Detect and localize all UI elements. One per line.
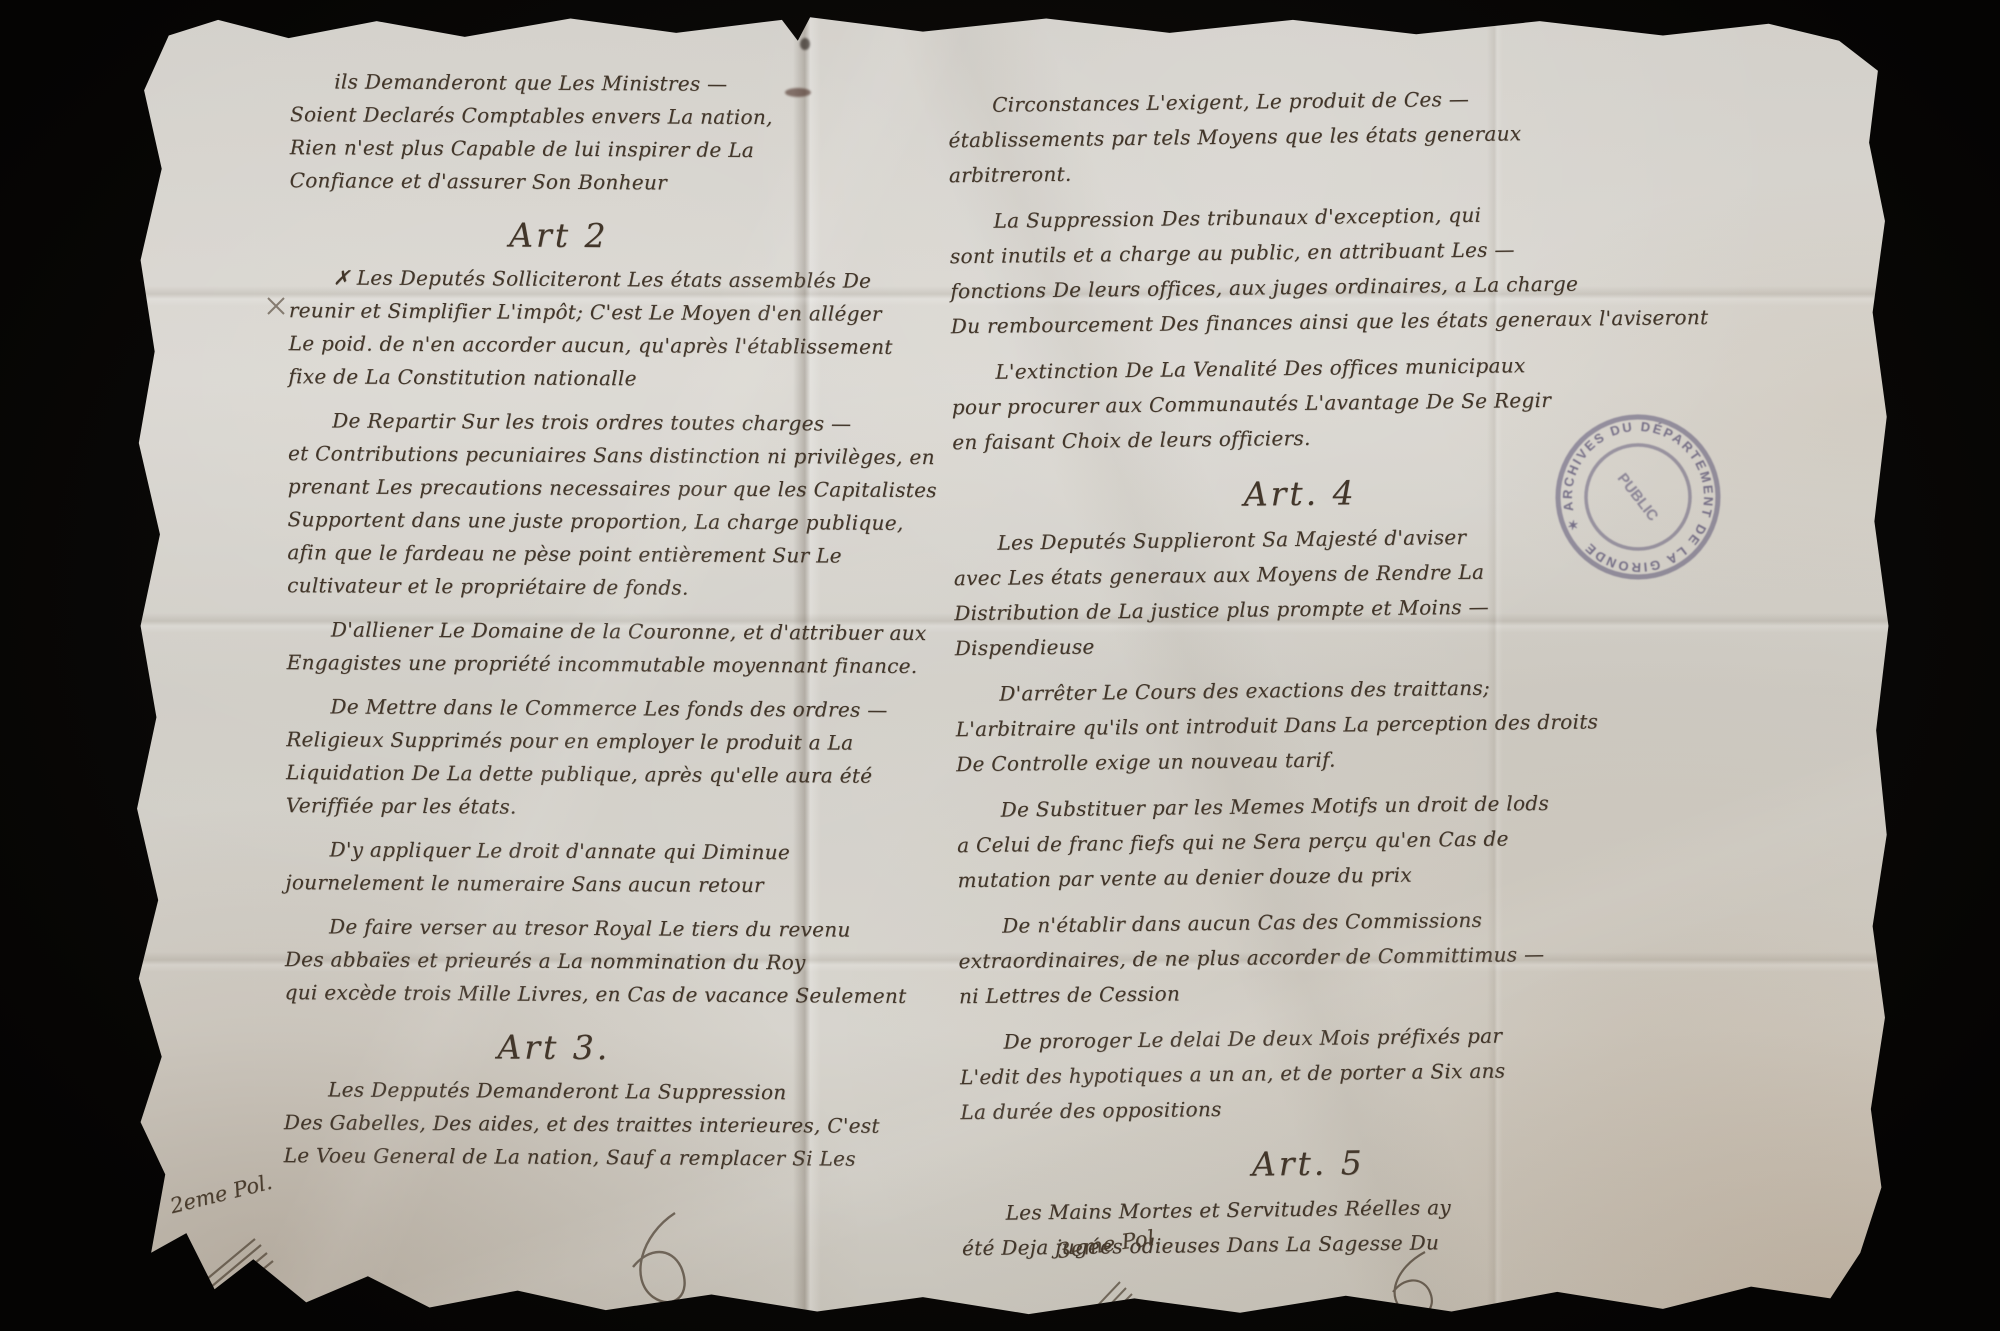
manuscript-line: Art. 5 — [960, 1142, 1655, 1185]
x-margin-mark-icon — [264, 294, 290, 320]
manuscript-line: Des Gabelles, Des aides, et des traittes… — [284, 1107, 883, 1144]
hatch-flourish-icon — [193, 1221, 293, 1301]
manuscript-line: afin que le fardeau ne pèse point entièr… — [287, 537, 886, 574]
manuscript-line: fixe de La Constitution nationalle — [288, 361, 887, 398]
manuscript-line: Liquidation De La dette publique, après … — [286, 757, 885, 794]
manuscript-line: Art 3. — [284, 1030, 823, 1066]
manuscript-line: De faire verser au tresor Royal Le tiers… — [285, 911, 884, 948]
manuscript-line: Le Voeu General de La nation, Sauf a rem… — [283, 1140, 882, 1177]
manuscript-line: Le poid. de n'en accorder aucun, qu'aprè… — [288, 328, 887, 365]
manuscript-line: Les Depputés Demanderont La Suppression — [284, 1074, 883, 1111]
photo-of-manuscript: { "photo": { "background_color": "#0c0a0… — [0, 0, 2000, 1331]
manuscript-line: ils Demanderont que Les Ministres — — [290, 66, 889, 103]
manuscript-line: et Contributions pecuniaires Sans distin… — [288, 438, 887, 475]
manuscript-left-page: ils Demanderont que Les Ministres —Soien… — [283, 55, 889, 1177]
swash-flourish-icon — [597, 1207, 727, 1317]
manuscript-line: Confiance et d'assurer Son Bonheur — [289, 165, 888, 202]
manuscript-line: journelement le numeraire Sans aucun ret… — [285, 867, 884, 904]
manuscript-right-page: Circonstances L'exigent, Le produit de C… — [947, 67, 1816, 1266]
manuscript-line: De Mettre dans le Commerce Les fonds des… — [286, 691, 885, 728]
manuscript-line: qui excède trois Mille Livres, en Cas de… — [284, 977, 883, 1014]
manuscript-line: ✗ Les Deputés Solliciteront Les états as… — [289, 262, 888, 299]
manuscript-line: Religieux Supprimés pour en employer le … — [286, 724, 885, 761]
manuscript-line: D'y appliquer Le droit d'annate qui Dimi… — [285, 834, 884, 871]
manuscript-line: prenant Les precautions necessaires pour… — [287, 471, 886, 508]
manuscript-paper: ils Demanderont que Les Ministres —Soien… — [130, 12, 1892, 1318]
manuscript-line: Engagistes une propriété incommutable mo… — [286, 647, 885, 684]
manuscript-line: Soient Declarés Comptables envers La nat… — [290, 99, 889, 136]
manuscript-line: Supportent dans une juste proportion, La… — [287, 504, 886, 541]
swash-flourish-icon — [1355, 1246, 1465, 1326]
manuscript-line: cultivateur et le propriétaire de fonds. — [287, 570, 886, 607]
manuscript-line: De Repartir Sur les trois ordres toutes … — [288, 405, 887, 442]
manuscript-line: Veriffiée par les états. — [286, 790, 885, 827]
manuscript-line: Rien n'est plus Capable de lui inspirer … — [290, 132, 889, 169]
hatch-flourish-icon — [1074, 1268, 1164, 1331]
ink-blot — [800, 38, 810, 50]
stamp-center-text: PUBLIC — [1614, 470, 1662, 525]
manuscript-line: D'alliener Le Domaine de la Couronne, et… — [287, 614, 886, 651]
manuscript-line: reunir et Simplifier L'impôt; C'est Le M… — [289, 295, 888, 332]
manuscript-line: Des abbaïes et prieurés a La nommination… — [285, 944, 884, 981]
margin-note-left: 2eme Pol. — [167, 1170, 274, 1218]
manuscript-line: Art 2 — [289, 218, 828, 254]
